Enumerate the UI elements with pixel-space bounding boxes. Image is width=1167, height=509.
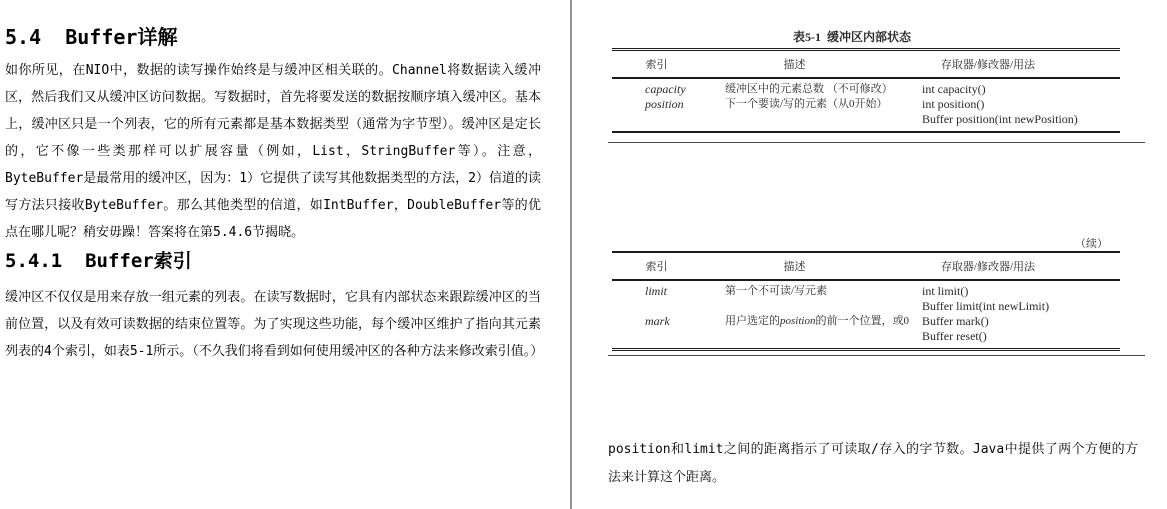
- body-paragraph-2: 缓冲区不仅仅是用来存放一组元素的列表。在读写数据时，它具有内部状态来跟踪缓冲区的…: [5, 284, 541, 365]
- left-page: 5.4 Buffer详解 如你所见，在NIO中，数据的读写操作始终是与缓冲区相关…: [0, 0, 570, 509]
- column-divider-line: [570, 0, 572, 509]
- accessor-line: Buffer position(int newPosition): [922, 112, 1120, 127]
- body-paragraph-1: 如你所见，在NIO中，数据的读写操作始终是与缓冲区相关联的。Channel将数据…: [5, 57, 541, 246]
- table-row-mark: mark 用户选定的position的前一个位置，或0 Buffer mark(…: [612, 314, 1120, 344]
- header-cell-index: 索引: [612, 258, 725, 274]
- description-text: 的前一个位置，或0: [815, 315, 909, 327]
- buffer-state-table-part2: 索引 描述 存取器/修改器/用法 limit 第一个不可读/写元素 int li…: [612, 251, 1120, 351]
- header-cell-accessor: 存取器/修改器/用法: [922, 258, 1120, 274]
- row-index-label: mark: [612, 314, 725, 344]
- scan-edge-line: [608, 355, 1145, 356]
- table-continued-label: （续）: [612, 235, 1120, 251]
- row-accessors: Buffer mark() Buffer reset(): [922, 314, 1120, 344]
- table-body: limit 第一个不可读/写元素 int limit() Buffer limi…: [612, 281, 1120, 348]
- header-cell-accessor: 存取器/修改器/用法: [922, 56, 1120, 72]
- table-header-row: 索引 描述 存取器/修改器/用法: [612, 253, 1120, 281]
- row-index-label: limit: [612, 284, 725, 314]
- row-accessors: int capacity(): [922, 82, 1120, 97]
- table-header-row: 索引 描述 存取器/修改器/用法: [612, 51, 1120, 79]
- accessor-line: Buffer mark(): [922, 314, 1120, 329]
- buffer-state-table-part1: 索引 描述 存取器/修改器/用法 capacity 缓冲区中的元素总数 （不可修…: [612, 48, 1120, 133]
- accessor-line: Buffer limit(int newLimit): [922, 299, 1120, 314]
- row-description: 下一个要读/写的元素（从0开始）: [725, 97, 922, 127]
- row-accessors: int position() Buffer position(int newPo…: [922, 97, 1120, 127]
- table-row-position: position 下一个要读/写的元素（从0开始） int position()…: [612, 97, 1120, 127]
- page: 5.4 Buffer详解 如你所见，在NIO中，数据的读写操作始终是与缓冲区相关…: [0, 0, 1167, 509]
- table-row-limit: limit 第一个不可读/写元素 int limit() Buffer limi…: [612, 284, 1120, 314]
- accessor-line: int position(): [922, 97, 1120, 112]
- header-cell-description: 描述: [725, 258, 922, 274]
- accessor-line: int limit(): [922, 284, 1120, 299]
- row-index-label: capacity: [612, 82, 725, 97]
- table-row-capacity: capacity 缓冲区中的元素总数 （不可修改） int capacity(): [612, 82, 1120, 97]
- description-italic-term: position: [780, 315, 815, 327]
- header-cell-index: 索引: [612, 56, 725, 72]
- right-page: 表5-1 缓冲区内部状态 索引 描述 存取器/修改器/用法 capacity 缓…: [598, 0, 1167, 509]
- section-heading: 5.4 Buffer详解: [5, 21, 177, 50]
- table-body: capacity 缓冲区中的元素总数 （不可修改） int capacity()…: [612, 79, 1120, 131]
- subsection-heading: 5.4.1 Buffer索引: [5, 246, 192, 273]
- scan-edge-line: [608, 142, 1145, 143]
- row-accessors: int limit() Buffer limit(int newLimit): [922, 284, 1120, 314]
- header-cell-description: 描述: [725, 56, 922, 72]
- accessor-line: int capacity(): [922, 82, 1120, 97]
- row-description: 缓冲区中的元素总数 （不可修改）: [725, 82, 922, 97]
- row-description: 用户选定的position的前一个位置，或0: [725, 314, 922, 344]
- accessor-line: Buffer reset(): [922, 329, 1120, 344]
- table-caption: 表5-1 缓冲区内部状态: [612, 28, 1120, 45]
- row-description: 第一个不可读/写元素: [725, 284, 922, 314]
- row-index-label: position: [612, 97, 725, 127]
- description-text: 用户选定的: [725, 315, 780, 327]
- closing-paragraph: position和limit之间的距离指示了可读取/存入的字节数。Java中提供…: [608, 436, 1138, 492]
